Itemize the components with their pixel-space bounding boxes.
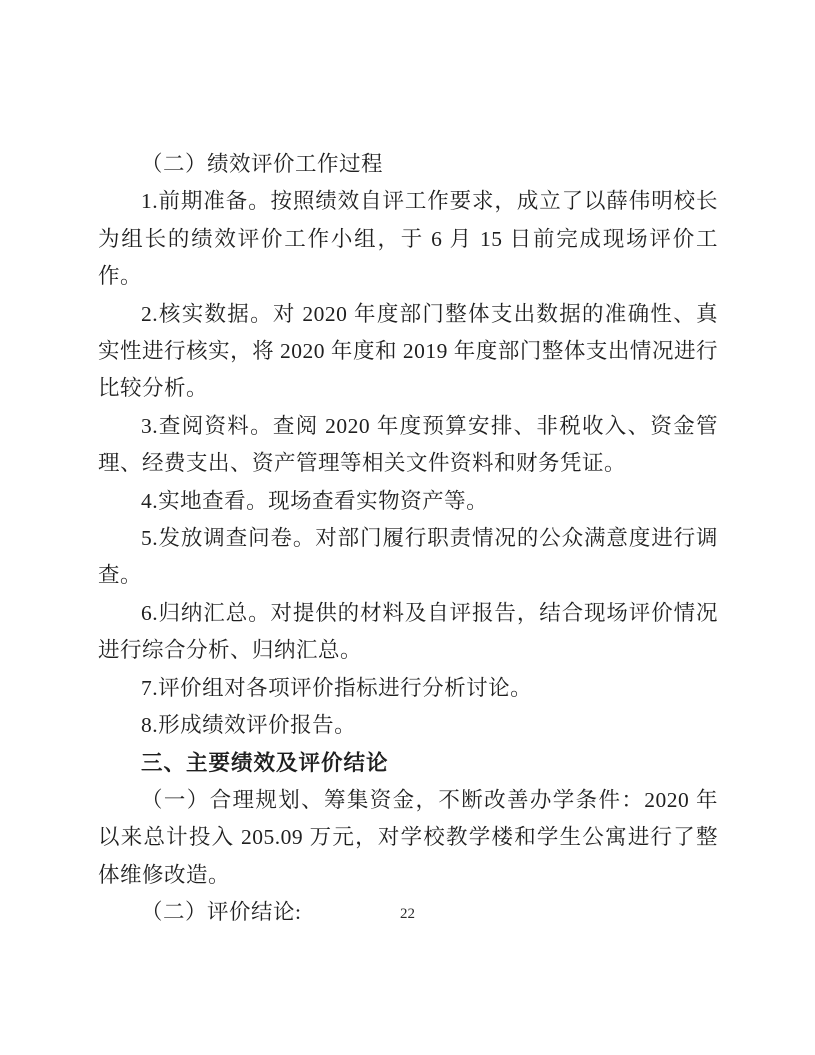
body-paragraph: 7.评价组对各项评价指标进行分析讨论。	[98, 670, 718, 707]
body-paragraph: 2.核实数据。对 2020 年度部门整体支出数据的准确性、真实性进行核实，将 2…	[98, 296, 718, 408]
body-paragraph: 4.实地查看。现场查看实物资产等。	[98, 483, 718, 520]
section-heading: 三、主要绩效及评价结论	[98, 745, 718, 782]
body-paragraph: 3.查阅资料。查阅 2020 年度预算安排、非税收入、资金管理、经费支出、资产管…	[98, 408, 718, 483]
body-paragraph: 8.形成绩效评价报告。	[98, 707, 718, 744]
document-page: （二）绩效评价工作过程1.前期准备。按照绩效自评工作要求，成立了以薛伟明校长为组…	[0, 0, 815, 1055]
body-paragraph: 1.前期准备。按照绩效自评工作要求，成立了以薛伟明校长为组长的绩效评价工作小组，…	[98, 183, 718, 295]
body-paragraph: 5.发放调查问卷。对部门履行职责情况的公众满意度进行调查。	[98, 520, 718, 595]
body-paragraph: （一）合理规划、筹集资金，不断改善办学条件：2020 年以来总计投入 205.0…	[98, 782, 718, 894]
document-body: （二）绩效评价工作过程1.前期准备。按照绩效自评工作要求，成立了以薛伟明校长为组…	[98, 146, 718, 932]
body-paragraph: 6.归纳汇总。对提供的材料及自评报告，结合现场评价情况进行综合分析、归纳汇总。	[98, 595, 718, 670]
page-number: 22	[400, 906, 415, 922]
subsection-heading: （二）绩效评价工作过程	[98, 146, 718, 183]
page-footer: 22	[0, 905, 815, 923]
